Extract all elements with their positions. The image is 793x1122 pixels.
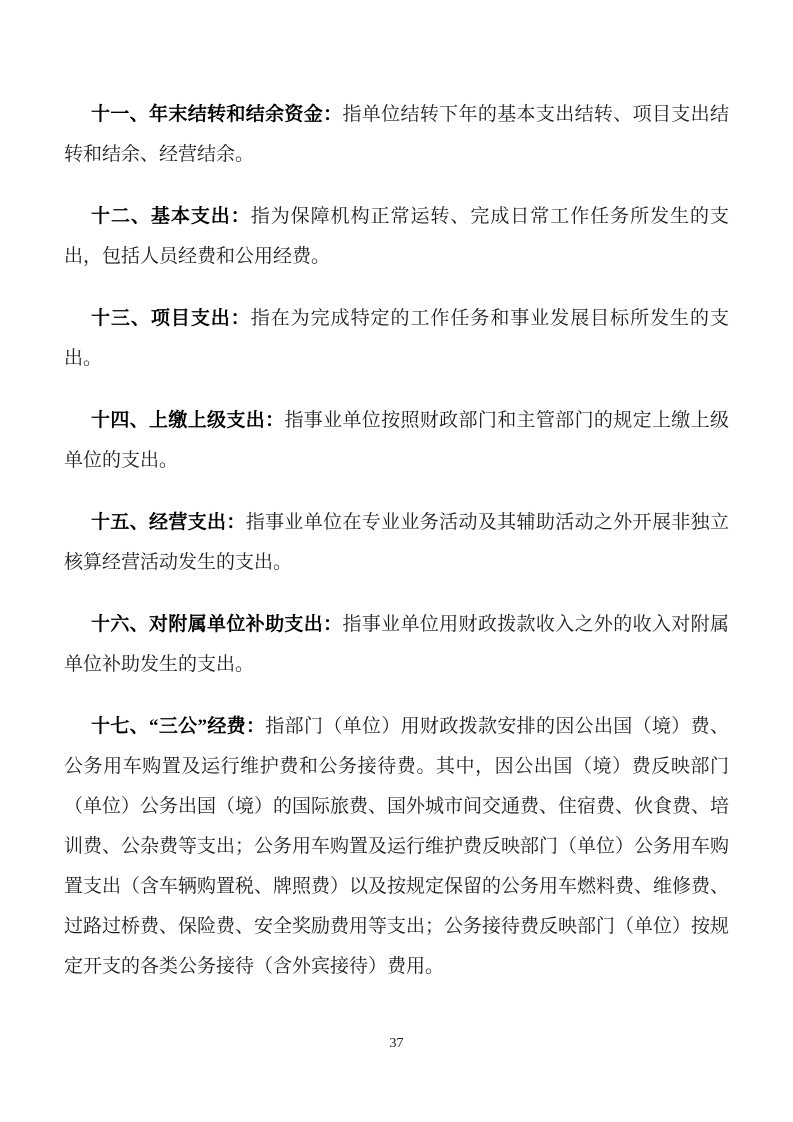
term-label: 十三、项目支出： [91,308,251,329]
term-label: 十五、经营支出： [91,512,246,533]
term-label: 十四、上缴上级支出： [91,410,284,431]
definition-paragraph: 十一、年末结转和结余资金：指单位结转下年的基本支出结转、项目支出结转和结余、经营… [64,95,729,175]
definition-paragraph: 十五、经营支出：指事业单位在专业业务活动及其辅助活动之外开展非独立核算经营活动发… [64,503,729,583]
term-label: 十一、年末结转和结余资金： [91,104,342,125]
definition-paragraph: 十四、上缴上级支出：指事业单位按照财政部门和主管部门的规定上缴上级单位的支出。 [64,401,729,481]
definition-paragraph: 十二、基本支出：指为保障机构正常运转、完成日常工作任务所发生的支出，包括人员经费… [64,197,729,277]
definition-paragraph: 十七、“三公”经费：指部门（单位）用财政拨款安排的因公出国（境）费、公务用车购置… [64,707,729,987]
document-page: 十一、年末结转和结余资金：指单位结转下年的基本支出结转、项目支出结转和结余、经营… [0,0,793,1122]
term-label: 十六、对附属单位补助支出： [91,614,342,635]
page-number: 37 [0,1034,793,1054]
definition-paragraph: 十三、项目支出：指在为完成特定的工作任务和事业发展目标所发生的支出。 [64,299,729,379]
term-definition: 指部门（单位）用财政拨款安排的因公出国（境）费、公务用车购置及运行维护费和公务接… [64,716,729,977]
term-label: 十七、“三公”经费： [91,716,265,737]
term-label: 十二、基本支出： [91,206,251,227]
definition-paragraph: 十六、对附属单位补助支出：指事业单位用财政拨款收入之外的收入对附属单位补助发生的… [64,605,729,685]
